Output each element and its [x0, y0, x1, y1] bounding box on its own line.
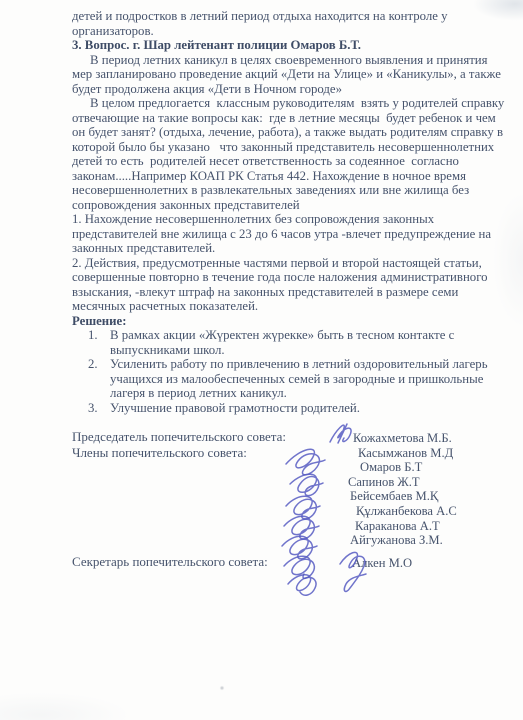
text-line: 1. Нахождение несовершеннолетних без соп…	[72, 212, 512, 227]
text-line: законам.....Например КОАП РК Статья 442.…	[72, 169, 512, 184]
signature-scribble	[330, 424, 351, 443]
text-line: несовершеннолетних в развлекательных зав…	[72, 183, 512, 198]
text-line: совершенные повторно в течение года посл…	[72, 270, 512, 285]
text-line: учащихся из малообеспеченных семей в заг…	[110, 372, 512, 387]
text-line: которой было бы указано что законный пре…	[72, 140, 512, 155]
text-line: детей и подростков в летний период отдых…	[72, 9, 512, 24]
text-line: лагеря в период летних каникул.	[110, 386, 512, 401]
signature-scribble	[284, 516, 319, 539]
signature-scribble	[282, 536, 317, 559]
text-line: В период летних каникул в целях своеврем…	[72, 53, 512, 68]
text-line: Усиленить работу по привлечению в летний…	[110, 357, 512, 372]
signature-scribble	[286, 496, 320, 519]
text-line: В рамках акции «Жүректен жүрекке» быть в…	[110, 328, 512, 343]
list-number: 3.	[88, 401, 98, 416]
text-line: Улучшение правовой грамотности родителей…	[110, 401, 512, 416]
handwritten-signatures	[270, 416, 390, 601]
text-line: 2. Действия, предусмотренные частями пер…	[72, 256, 512, 271]
decision-item: 2. Усиленить работу по привлечению в лет…	[72, 357, 512, 401]
text-line: В целом предлогается классным руководите…	[72, 96, 512, 111]
list-number: 1.	[88, 328, 98, 343]
secretary-label: Секретарь попечительского совета:	[72, 554, 268, 569]
signature-scribble	[290, 474, 323, 495]
decision-item: 3. Улучшение правовой грамотности родите…	[72, 401, 512, 416]
question-heading: 3. Вопрос. г. Шар лейтенант полиции Омар…	[72, 38, 512, 53]
decision-heading: Решение:	[72, 314, 512, 329]
text-line: организаторов.	[72, 24, 512, 39]
text-line: месячных расчетных показателей.	[72, 299, 512, 314]
text-line: мер запланировано проведение акций «Дети…	[72, 67, 512, 82]
signature-scribble	[288, 575, 316, 595]
members-label: Члены попечительского совета:	[72, 445, 247, 460]
text-line: будет продолжена акция «Дети в Ночном го…	[72, 82, 512, 97]
text-line: отвечающие на такие вопросы как: где в л…	[72, 111, 512, 126]
text-line: законных представителей.	[72, 241, 512, 256]
signature-scribble	[286, 449, 325, 475]
signature-scribble	[340, 552, 366, 591]
text-line: представителей вне жилища с 23 до 6 часо…	[72, 227, 512, 242]
decision-item: 1. В рамках акции «Жүректен жүрекке» быт…	[72, 328, 512, 357]
document-body: детей и подростков в летний период отдых…	[72, 9, 512, 415]
document-page: детей и подростков в летний период отдых…	[0, 0, 523, 720]
chairman-label: Председатель попечительского совета:	[72, 429, 286, 444]
text-line: он будет занят? (отдыха, лечение, работа…	[72, 125, 512, 140]
text-line: взыскания, -влекут штраф на законных пре…	[72, 285, 512, 300]
text-line: детей то есть родителей несет ответствен…	[72, 154, 512, 169]
list-number: 2.	[88, 357, 98, 372]
text-line: выпускниками школ.	[110, 343, 512, 358]
text-line: сопровождения законных представителей	[72, 198, 512, 213]
